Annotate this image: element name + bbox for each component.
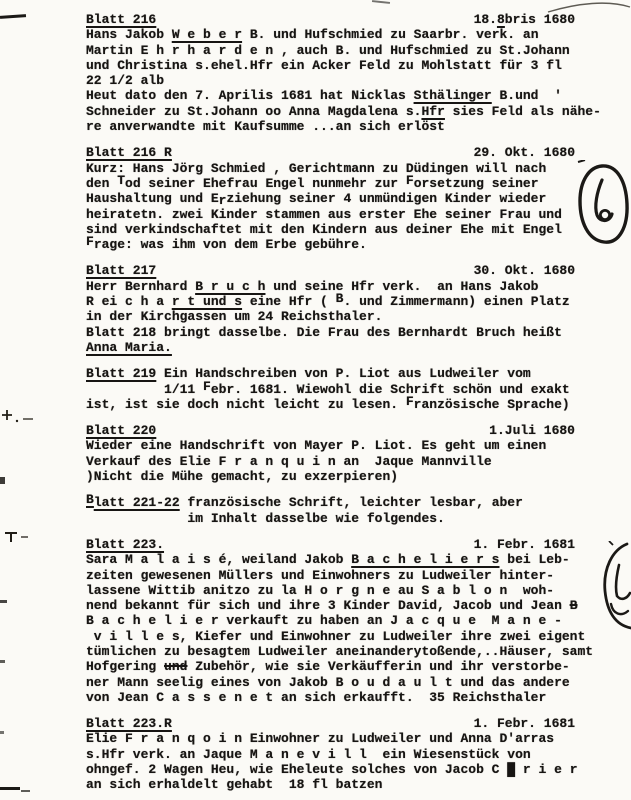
text-line: s.Hfr verk. an Jaque M a n e v i l l ein…	[86, 747, 598, 762]
section-title: Blatt 216	[86, 12, 156, 27]
text-line: an sich erhaldelt gehabt 18 fl batzen	[86, 777, 598, 792]
text-segment: ziehung seiner 4 unmündigen Kinder wiede…	[226, 191, 546, 206]
text-line: re anverwandte mit Kaufsumme ...an sich …	[86, 119, 598, 134]
text-segment: ist, ist sie doch nicht leicht zu lesen.	[86, 397, 406, 412]
text-line: Martin E h r h a r d e n , auch B. und H…	[86, 43, 598, 58]
text-segment: lassene Wittib anitzo zu la H o r g n e …	[86, 583, 554, 598]
ink-speck-1	[224, 24, 227, 27]
curve-artifact-icon	[540, 0, 631, 14]
text-segment: Elie F r a n q o i n Einwohner zu Ludwei…	[86, 731, 554, 746]
text-segment: Haushaltung und E	[86, 191, 219, 206]
text-segment: Schneider zu St.Johann oo Anna Magdalena…	[86, 104, 421, 119]
text-segment: zeiten gewesenen Müllers und Einwohners …	[86, 568, 554, 583]
text-segment: r t und s	[172, 294, 242, 309]
pen-t-mark	[3, 530, 31, 546]
text-segment: in der Kirchgassen um 24 Reichsthaler.	[86, 309, 382, 324]
text-segment: Hfr	[421, 104, 444, 119]
t-dash-icon	[3, 530, 31, 546]
text-line: zeiten gewesenen Müllers und Einwohners …	[86, 568, 598, 583]
section-title: Blatt 220	[86, 423, 156, 438]
record-blatt-220: Blatt 2201.Juli 1680Wieder eine Handschr…	[86, 423, 598, 484]
edge-circle-icon	[597, 541, 631, 636]
text-line: Hofgering und Zubehör, wie sie Verkäuffe…	[86, 659, 598, 674]
top-right-curve-artifact	[540, 0, 631, 14]
section-header-row: Blatt 21618.8bris 1680	[86, 12, 575, 27]
text-line: von Jean C a s s e n e t an sich erkauff…	[86, 690, 598, 705]
text-segment: nend bekannt für sich und ihre 3 Kinder …	[86, 598, 570, 613]
record-blatt-223: Blatt 223.1. Febr. 1681Sara M a l a i s …	[86, 537, 598, 705]
record-blatt-217: Blatt 21730. Okt. 1680Herr Bernhard B r …	[86, 263, 598, 355]
text-segment: 8	[497, 12, 505, 27]
text-line: den Tod seiner Ehefrau Engel nunmehr zur…	[86, 176, 598, 191]
text-line: und Christina s.ehel.Hfr ein Acker Feld …	[86, 58, 598, 73]
text-segment: B r u c h	[195, 279, 265, 294]
text-segment: ranzösische Sprache)	[414, 397, 570, 412]
text-segment: Hans Jakob	[86, 27, 172, 42]
text-segment: 1/11	[86, 382, 203, 397]
left-edge-smudge-3	[0, 660, 5, 663]
text-segment: Hofgering	[86, 659, 164, 674]
text-line: nend bekannt für sich und ihre 3 Kinder …	[86, 598, 598, 613]
text-segment: Heut dato den 7. Aprilis 1681 hat Nickla…	[86, 88, 414, 103]
section-date: 30. Okt. 1680	[474, 263, 575, 278]
text-line: im Inhalt dasselbe wie folgendes.	[86, 511, 598, 526]
text-line: Heut dato den 7. Aprilis 1681 hat Nickla…	[86, 88, 598, 103]
text-line: Elie F r a n q o i n Einwohner zu Ludwei…	[86, 731, 598, 746]
text-segment: B	[336, 291, 344, 306]
text-segment: heiratetn. zwei Kinder stammen aus erste…	[86, 207, 562, 222]
document-page: Blatt 21618.8bris 1680Hans Jakob W e b e…	[86, 12, 598, 800]
text-line: v i l l e s, Kiefer und Einwohner zu Lud…	[86, 629, 598, 644]
section-title: Blatt 216 R	[86, 145, 172, 160]
left-edge-smudge-2	[0, 600, 7, 603]
text-segment: Zubehör, wie sie Verkäufferin und ihr ve…	[187, 659, 569, 674]
top-left-edge-mark	[0, 14, 26, 19]
text-line: Blatt 221-22 französische Schrift, leich…	[86, 495, 598, 510]
text-line: Kurz: Hans Jörg Schmied , Gerichtmann zu…	[86, 161, 598, 176]
pen-plus-dash-mark	[2, 406, 46, 428]
text-segment: W e b e r	[172, 27, 242, 42]
text-segment: Wieder eine Handschrift von Mayer P. Lio…	[86, 438, 546, 453]
text-line: 22 1/2 alb	[86, 73, 598, 88]
section-header-row: Blatt 223.R1. Febr. 1681	[86, 716, 575, 731]
section-date: 29. Okt. 1680	[474, 145, 575, 160]
text-line: Frage: was ihm von dem Erbe gebühre.	[86, 237, 598, 252]
section-header-row: Blatt 2201.Juli 1680	[86, 423, 575, 438]
text-line: Hans Jakob W e b e r B. und Hufschmied z…	[86, 27, 598, 42]
text-segment: F	[406, 394, 414, 409]
section-header-row: Blatt 21730. Okt. 1680	[86, 263, 575, 278]
text-line: tümlichen zu besagtem Ludweiler aneinand…	[86, 644, 598, 659]
handwritten-edge-circle-annotation	[597, 541, 631, 636]
section-header-row: Blatt 223.1. Febr. 1681	[86, 537, 575, 552]
text-segment: F	[203, 379, 211, 394]
text-segment: v i l l e s, Kiefer und Einwohner zu Lud…	[86, 629, 585, 644]
bottom-left-dash-2	[21, 790, 30, 792]
section-title: Blatt 217	[86, 263, 156, 278]
text-line: in der Kirchgassen um 24 Reichsthaler.	[86, 309, 598, 324]
text-segment: r	[219, 193, 227, 208]
text-segment: rage: was ihm von dem Erbe gebühre.	[94, 237, 367, 252]
text-segment: an sich erhaldelt gehabt 18 fl batzen	[86, 777, 382, 792]
text-segment: 1.Juli 1680	[489, 423, 575, 438]
section-date: 1. Febr. 1681	[474, 716, 575, 731]
text-line: Anna Maria.	[86, 340, 598, 355]
text-segment: F	[406, 173, 414, 188]
text-segment: B. und Hufschmied zu Saarbr. verk. an	[242, 27, 538, 42]
text-segment: sind verkindschaftet mit den Kindern aus…	[86, 222, 562, 237]
text-segment: B.und '	[492, 88, 562, 103]
text-line: Haushaltung und Erziehung seiner 4 unmün…	[86, 191, 598, 206]
section-date: 1. Febr. 1681	[474, 537, 575, 552]
text-segment: von Jean C a s s e n e t an sich erkauff…	[86, 690, 546, 705]
text-segment: 1. Febr. 1681	[474, 537, 575, 552]
text-segment: B a c h e l i e r verkauft zu haben an J…	[86, 613, 562, 628]
text-segment: B a c h e l i e r s	[351, 552, 499, 567]
text-segment: bris 1680	[505, 12, 575, 27]
record-blatt-223-r: Blatt 223.R1. Febr. 1681Elie F r a n q o…	[86, 716, 598, 792]
section-date: 1.Juli 1680	[489, 423, 575, 438]
section-title: B	[86, 492, 94, 507]
text-segment: B	[570, 598, 578, 613]
text-segment: F	[86, 234, 94, 249]
text-segment: bei Leb-	[499, 552, 569, 567]
text-segment: re anverwandte mit Kaufsumme ...an sich …	[86, 119, 445, 134]
text-line: lassene Wittib anitzo zu la H o r g n e …	[86, 583, 598, 598]
text-line: )Nicht die Mühe gemacht, zu exzerpieren)	[86, 469, 598, 484]
text-segment: od seiner Ehefrau Engel nunmehr zur	[125, 176, 406, 191]
text-line: Sara M a l a i s é, weiland Jakob B a c …	[86, 552, 598, 567]
text-segment: ohngef. 2 Wagen Heu, wie Eheleute solche…	[86, 762, 507, 777]
text-line: heiratetn. zwei Kinder stammen aus erste…	[86, 207, 598, 222]
text-segment: Ein Handschreiben von P. Liot aus Ludwei…	[156, 366, 530, 381]
text-segment: tümlichen zu besagtem Ludweiler aneinand…	[86, 644, 593, 659]
section-header-row: Blatt 216 R29. Okt. 1680	[86, 145, 575, 160]
text-segment: und Christina s.ehel.Hfr ein Acker Feld …	[86, 58, 562, 73]
record-blatt-216-r: Blatt 216 R29. Okt. 1680Kurz: Hans Jörg …	[86, 145, 598, 252]
text-segment: Verkauf des Elie F r a n q u i n an Jaqu…	[86, 454, 492, 469]
text-segment: . und Zimmermann) einen Platz	[343, 294, 569, 309]
circled-lo-icon	[576, 160, 631, 252]
text-segment: und seine Hfr verk. an Hans Jakob	[265, 279, 538, 294]
handwritten-circled-lo-annotation	[576, 160, 631, 252]
text-segment: orsetzung seiner	[414, 176, 539, 191]
text-segment: T	[117, 173, 125, 188]
text-segment: R ei c h a	[86, 294, 172, 309]
text-segment: ebr. 1681. Wiewohl die Schrift schön und…	[211, 382, 570, 397]
text-segment: Sara M a l a i s é, weiland Jakob	[86, 552, 351, 567]
record-blatt-221-22: Blatt 221-22 französische Schrift, leich…	[86, 495, 598, 526]
text-segment: und	[164, 659, 187, 674]
text-segment: )Nicht die Mühe gemacht, zu exzerpieren)	[86, 469, 398, 484]
text-segment: 18.	[474, 12, 497, 27]
bottom-left-dash	[0, 787, 20, 790]
plus-dash-icon	[2, 406, 46, 428]
text-segment: r i e r	[515, 762, 577, 777]
text-segment: Herr Bernhard	[86, 279, 195, 294]
left-edge-smudge-4	[0, 731, 4, 734]
section-date: 18.8bris 1680	[474, 12, 575, 27]
text-line: Schneider zu St.Johann oo Anna Magdalena…	[86, 104, 598, 119]
text-line: ner Mann seelig eines von Jakob B o u d …	[86, 675, 598, 690]
text-segment: eine Hfr (	[242, 294, 336, 309]
text-segment: 1. Febr. 1681	[474, 716, 575, 731]
text-line: Verkauf des Elie F r a n q u i n an Jaqu…	[86, 454, 598, 469]
text-segment: ner Mann seelig eines von Jakob B o u d …	[86, 675, 570, 690]
text-segment: Sthälinger	[414, 88, 492, 103]
text-line: Blatt 218 bringt dasselbe. Die Frau des …	[86, 325, 598, 340]
section-title: Blatt 219	[86, 366, 156, 381]
text-segment: 29. Okt. 1680	[474, 145, 575, 160]
text-segment: █	[507, 762, 515, 777]
top-edge-fragment	[372, 0, 390, 4]
left-edge-smudge-1	[0, 477, 5, 484]
text-line: sind verkindschaftet mit den Kindern aus…	[86, 222, 598, 237]
text-segment: Kurz: Hans Jörg Schmied , Gerichtmann zu…	[86, 161, 546, 176]
text-line: R ei c h a r t und s eine Hfr ( B. und Z…	[86, 294, 598, 309]
text-segment: 22 1/2 alb	[86, 73, 164, 88]
text-line: ist, ist sie doch nicht leicht zu lesen.…	[86, 397, 598, 412]
text-segment: französische Schrift, leichter lesbar, a…	[180, 495, 523, 510]
text-line: B a c h e l i e r verkauft zu haben an J…	[86, 613, 598, 628]
text-segment: Anna Maria.	[86, 340, 172, 355]
text-segment: sies Feld als nähe-	[445, 104, 601, 119]
text-segment: Blatt 218 bringt dasselbe. Die Frau des …	[86, 325, 562, 340]
record-blatt-219: Blatt 219 Ein Handschreiben von P. Liot …	[86, 366, 598, 412]
ink-speck-2	[595, 268, 598, 271]
text-segment: s.Hfr verk. an Jaque M a n e v i l l ein…	[86, 747, 531, 762]
section-title: latt 221-22	[94, 495, 180, 510]
section-title: Blatt 223.	[86, 537, 164, 552]
text-line: Blatt 219 Ein Handschreiben von P. Liot …	[86, 366, 598, 381]
text-line: ohngef. 2 Wagen Heu, wie Eheleute solche…	[86, 762, 598, 777]
text-segment: 30. Okt. 1680	[474, 263, 575, 278]
record-blatt-216: Blatt 21618.8bris 1680Hans Jakob W e b e…	[86, 12, 598, 134]
text-segment: Martin E h r h a r d e n , auch B. und H…	[86, 43, 570, 58]
text-segment: den	[86, 176, 117, 191]
text-line: 1/11 Febr. 1681. Wiewohl die Schrift sch…	[86, 382, 598, 397]
text-segment: im Inhalt dasselbe wie folgendes.	[86, 511, 445, 526]
section-title: Blatt 223.R	[86, 716, 172, 731]
text-line: Wieder eine Handschrift von Mayer P. Lio…	[86, 438, 598, 453]
